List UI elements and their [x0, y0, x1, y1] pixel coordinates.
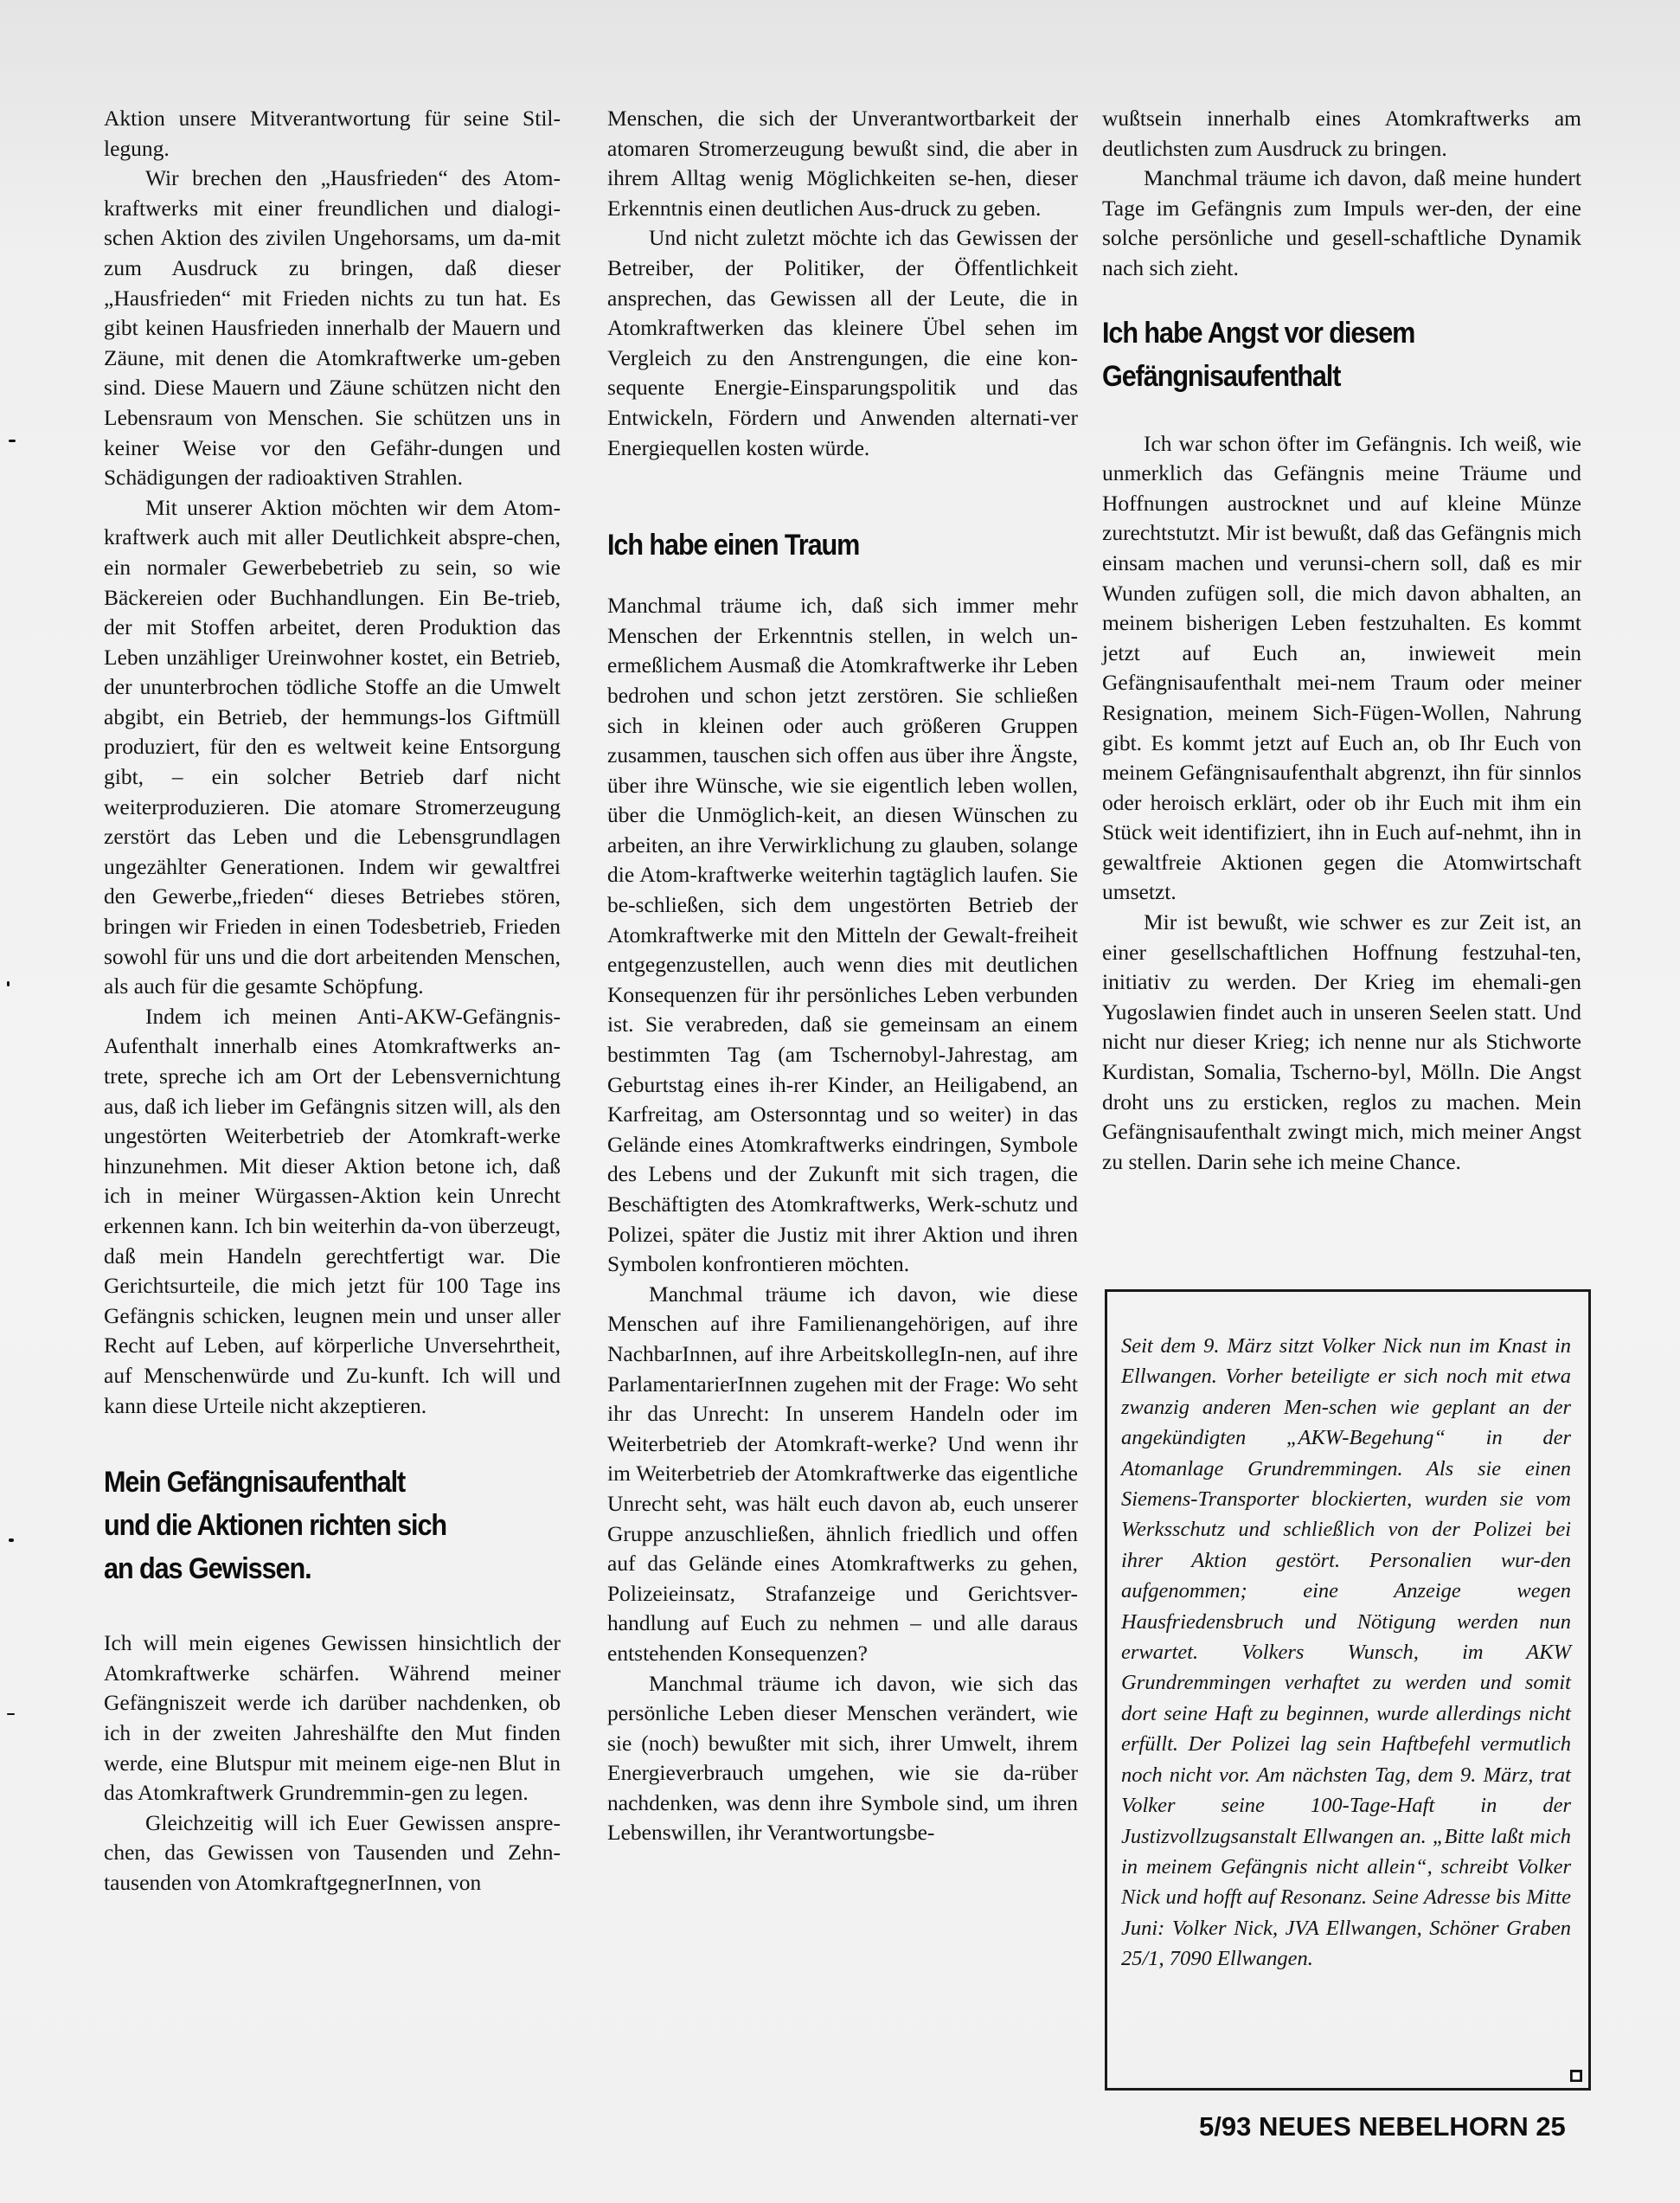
page-footer: 5/93 NEUES NEBELHORN 25: [1199, 2111, 1566, 2142]
paragraph: Manchmal träume ich davon, daß meine hun…: [1102, 164, 1581, 283]
paragraph: Manchmal träume ich davon, wie diese Men…: [607, 1280, 1078, 1669]
column-3: wußtsein innerhalb eines Atomkraftwerks …: [1102, 104, 1581, 1177]
heading-line: Mein Gefängnisaufenthalt: [104, 1466, 405, 1499]
magazine-page: Aktion unsere Mitverantwortung für seine…: [0, 0, 1680, 2203]
scan-mark: [7, 981, 10, 986]
section-heading-dream: Ich habe einen Traum: [607, 523, 1031, 567]
scan-mark: [9, 440, 16, 442]
paragraph: Mit unserer Aktion möchten wir dem Atom-…: [104, 493, 561, 1002]
paragraph: Gleichzeitig will ich Euer Gewissen ansp…: [104, 1808, 561, 1898]
heading-line: Ich habe Angst vor diesem: [1102, 317, 1414, 350]
section-heading-fear: Ich habe Angst vor diesem Gefängnisaufen…: [1102, 312, 1534, 398]
heading-line: an das Gewissen.: [104, 1552, 311, 1585]
paragraph: wußtsein innerhalb eines Atomkraftwerks …: [1102, 104, 1581, 164]
paragraph: Aktion unsere Mitverantwortung für seine…: [104, 104, 561, 164]
end-of-article-icon: ■: [1570, 2070, 1582, 2082]
heading-line: und die Aktionen richten sich: [104, 1509, 446, 1542]
paragraph: Ich war schon öfter im Gefängnis. Ich we…: [1102, 429, 1581, 909]
paragraph: Ich will mein eigenes Gewissen hinsichtl…: [104, 1628, 561, 1808]
paragraph: Mir ist bewußt, wie schwer es zur Zeit i…: [1102, 908, 1581, 1177]
heading-line: Gefängnisaufenthalt: [1102, 360, 1340, 393]
paragraph: Wir brechen den „Hausfrieden“ des Atom-k…: [104, 164, 561, 493]
info-box-text: Seit dem 9. März sitzt Volker Nick nun i…: [1121, 1331, 1571, 1975]
scan-mark: [7, 1713, 15, 1715]
section-heading-conscience: Mein Gefängnisaufenthalt und die Aktione…: [104, 1461, 515, 1590]
column-1: Aktion unsere Mitverantwortung für seine…: [104, 104, 561, 1898]
paragraph: Manchmal träume ich davon, wie sich das …: [607, 1669, 1078, 1849]
scan-mark: [9, 1538, 14, 1542]
paragraph: Menschen, die sich der Unverantwortbarke…: [607, 104, 1078, 223]
paragraph: Manchmal träume ich, daß sich immer mehr…: [607, 591, 1078, 1280]
column-2: Menschen, die sich der Unverantwortbarke…: [607, 104, 1078, 1848]
info-box: Seit dem 9. März sitzt Volker Nick nun i…: [1121, 1331, 1571, 1975]
paragraph: Und nicht zuletzt möchte ich das Gewisse…: [607, 223, 1078, 463]
paragraph: Indem ich meinen Anti-AKW-Gefängnis-Aufe…: [104, 1002, 561, 1421]
